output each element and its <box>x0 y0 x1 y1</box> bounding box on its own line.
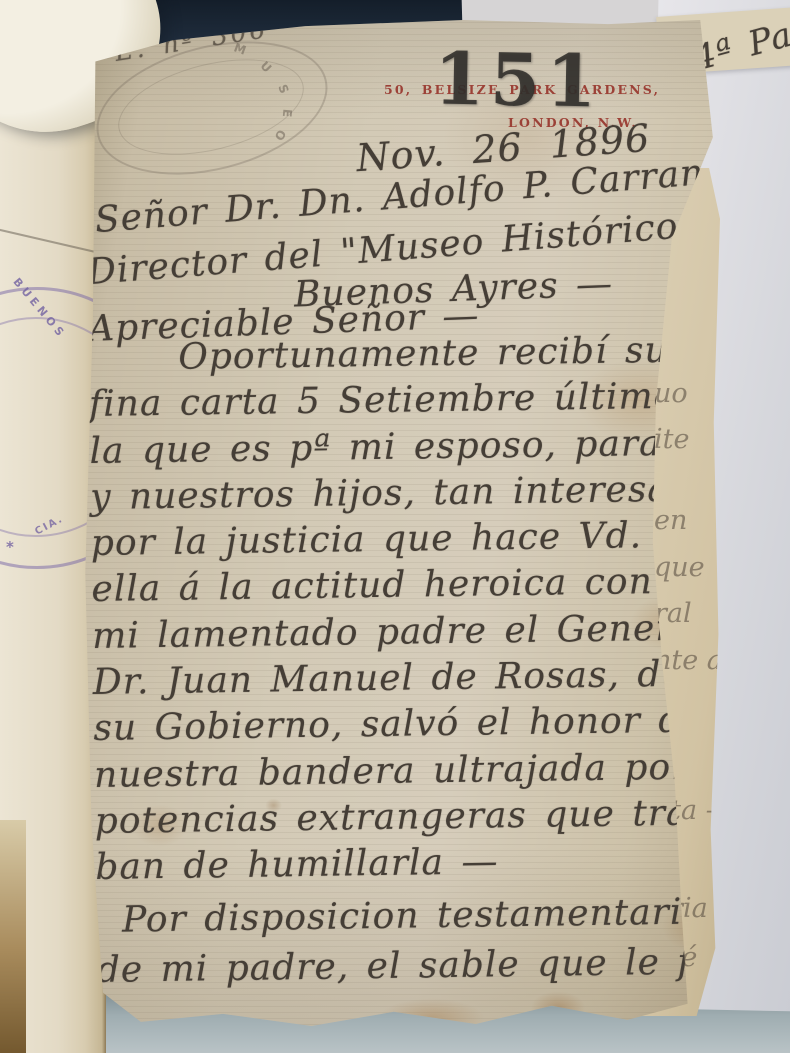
bleed-fragment: que <box>654 552 705 583</box>
folio-number-stamp: 151 <box>433 43 603 118</box>
letter-page: E. nº 306 M U S E O 50, BELSIZE PARK GAR… <box>84 16 716 1028</box>
body-line: de mi padre, el sable que le fué <box>97 941 710 996</box>
body-line: Por disposicion testamentaria <box>96 891 709 946</box>
bleed-fragment: ite <box>654 424 689 455</box>
museum-stamp-letter: E <box>280 108 295 117</box>
bleed-fragment: nte a <box>654 645 723 676</box>
bleed-fragment: ral <box>654 598 692 629</box>
bleed-fragment: en <box>654 505 687 536</box>
bleed-fragment: uo <box>654 378 688 409</box>
body-line: ban de humillarla — <box>95 839 708 894</box>
round-stamp-star: * <box>6 538 14 556</box>
letter-body: Oportunamente recibí su fina carta 5 Set… <box>88 329 709 996</box>
pencil-line <box>0 227 103 254</box>
book-edge <box>0 820 26 1053</box>
photograph: 4ª Parte BUENOS CIA. * uo ite en que ral… <box>0 0 790 1053</box>
